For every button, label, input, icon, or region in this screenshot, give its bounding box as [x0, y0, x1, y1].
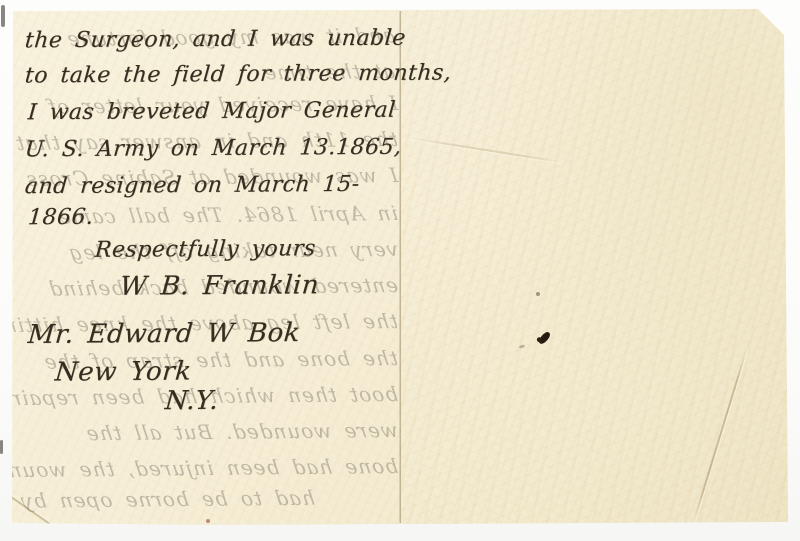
- body-line: I was breveted Major General: [27, 98, 397, 126]
- paper-speck: [536, 292, 540, 296]
- body-line: to take the field for three months,: [24, 61, 453, 89]
- recipient-line: New York: [54, 357, 193, 388]
- scan-edge-artifact: [0, 440, 3, 454]
- body-line: 1866.: [27, 205, 95, 230]
- scanned-letter-page: and it was my good fortune at the time I…: [0, 0, 800, 541]
- handwriting-layer: the Surgeon, and I was unable to take th…: [10, 9, 788, 525]
- scan-edge-artifact: [1, 5, 5, 27]
- body-line: U. S. Army on March 13.1865,: [24, 135, 403, 163]
- body-line: and resigned on March 15-: [24, 172, 361, 199]
- paper-speck: [206, 519, 210, 523]
- recipient-line: N.Y.: [164, 386, 220, 416]
- recipient-line: Mr. Edward W Bok: [27, 318, 302, 350]
- letter-paper: and it was my good fortune at the time I…: [10, 9, 788, 525]
- body-line: the Surgeon, and I was unable: [24, 26, 407, 54]
- signature-line: W B. Franklin: [119, 270, 321, 301]
- closing-line: Respectfully yours: [94, 236, 317, 263]
